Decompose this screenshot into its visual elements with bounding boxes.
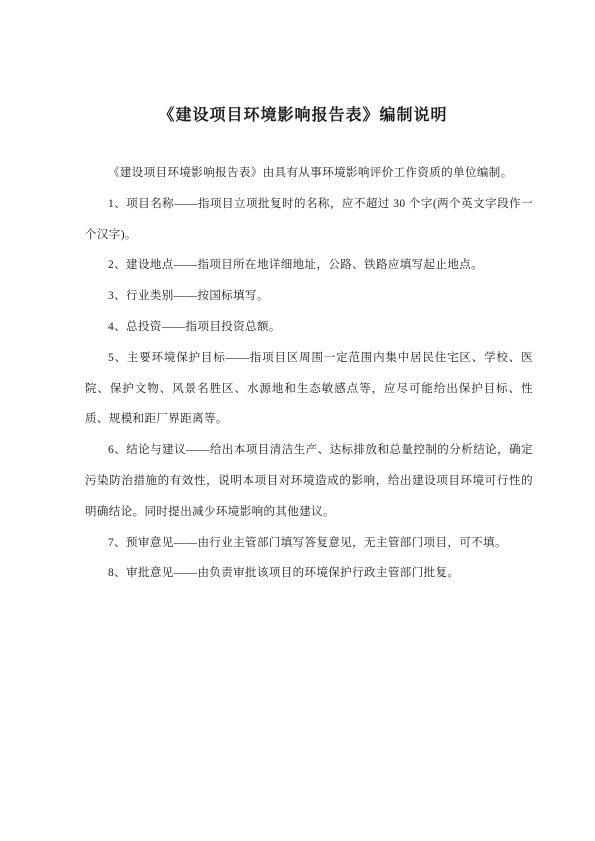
- item-1-project-name: 1、项目名称——指项目立项批复时的名称，应不超过 30 个字(两个英文字段作一个…: [85, 189, 533, 251]
- item-3-industry-category: 3、行业类别——按国标填写。: [85, 281, 533, 312]
- intro-paragraph: 《建设项目环境影响报告表》由具有从事环境影响评价工作资质的单位编制。: [85, 158, 533, 189]
- item-6-conclusions-suggestions: 6、结论与建议——给出本项目清洁生产、达标排放和总量控制的分析结论，确定污染防治…: [85, 435, 533, 527]
- item-4-total-investment: 4、总投资——指项目投资总额。: [85, 312, 533, 343]
- document-page: 《建设项目环境影响报告表》编制说明 《建设项目环境影响报告表》由具有从事环境影响…: [0, 0, 595, 841]
- item-2-construction-site: 2、建设地点——指项目所在地详细地址，公路、铁路应填写起止地点。: [85, 250, 533, 281]
- item-8-approval-opinion: 8、审批意见——由负责审批该项目的环境保护行政主管部门批复。: [85, 558, 533, 589]
- document-title: 《建设项目环境影响报告表》编制说明: [73, 104, 533, 128]
- item-7-preliminary-review-opinion: 7、预审意见——由行业主管部门填写答复意见，无主管部门项目，可不填。: [85, 528, 533, 559]
- item-5-protection-targets: 5、主要环境保护目标——指项目区周围一定范围内集中居民住宅区、学校、医院、保护文…: [85, 343, 533, 435]
